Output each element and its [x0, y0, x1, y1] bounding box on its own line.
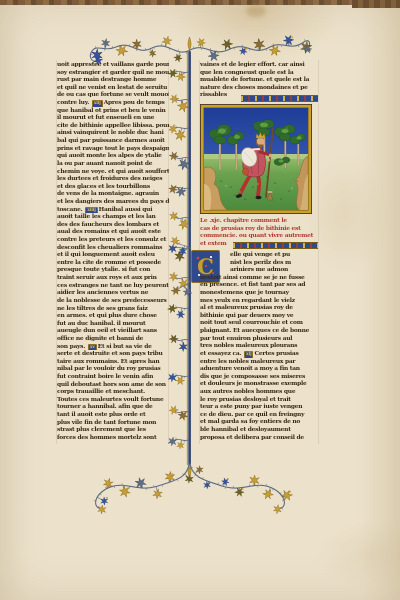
text-line: commencie. ou quant vivre autremet [200, 232, 319, 240]
text-line: al et maleureux prusias roy de [200, 304, 319, 312]
text-line: nestoit ainsi comme se je ne fusse [200, 274, 319, 282]
line-filler [233, 242, 318, 249]
text-line: et essayez ca. xijCertes prusias [200, 350, 319, 358]
text-line: office ne dignite et banni de [57, 335, 169, 343]
text-line: toscane. xiiijHanibal aussi qui [57, 206, 169, 214]
text-line: quil deboutast hors son ame de son [57, 381, 169, 389]
text-line: des des faucheurs des lombars et [57, 221, 169, 229]
text-line: ne les tiltres de ses grans faiz [57, 305, 169, 313]
text-line: tant il auoit este plus orde et [57, 411, 169, 419]
text-line: et les dangiers des marees du pays de [57, 198, 169, 206]
text-line: Le .xje. chapitre comment le [200, 217, 319, 225]
text-line: que len congneust quele est la [200, 69, 319, 77]
text-line: corps trauaillie et meschant. [57, 388, 169, 396]
text-line: ainsi vainquirent le noble duc hani [57, 129, 169, 137]
text-line: taire aux rommains. Et apres han [57, 358, 169, 366]
champ-initial: xiij [92, 100, 103, 107]
text-line: il mourut et fut enseueli en une [57, 114, 169, 122]
text-line: plaignant. Et auecques ce de bonne [200, 327, 319, 335]
text-line: cite de bithinie appellee libissa. pour [57, 122, 169, 130]
left-text-column: uoit apprestee et vaillans garde poursoy… [57, 61, 169, 441]
champ-initial: xiiij [85, 207, 97, 214]
text-line: son pays. xvEt si but sa vie de [57, 343, 169, 351]
text-line: uoit apprestee et vaillans garde pour [57, 61, 169, 69]
text-line: aidier les anciennes vertus ne [57, 289, 169, 297]
text-line: ble hannibal et desloyaument [200, 426, 319, 434]
text-line: fut au duc hanibal. il mourut [57, 320, 169, 328]
text-line: ce de dieu. par ce quil en freingny [200, 411, 319, 419]
text-line: proposa et delibera par conseil de [200, 434, 319, 442]
text-line: presque toute ytalie. si fut con [57, 266, 169, 274]
miniature-painting [200, 104, 312, 214]
text-line: entre les nobles maleureux par [200, 358, 319, 366]
manuscript-page: uoit apprestee et vaillans garde poursoy… [0, 0, 400, 600]
right-column-intro: vaines et de legier effort. car ainsique… [200, 61, 319, 99]
text-line: la ou par auant nauoit point de [57, 160, 169, 168]
text-line: par tout enuiron plusieurs aul [200, 335, 319, 343]
text-line: noit tout seul courrouchie et com [200, 319, 319, 327]
text-line: strast plus clerement que les [57, 426, 169, 434]
text-line: soy estrangier et garder quil ne mou [57, 69, 169, 77]
text-line: de la noblesse de ses predecesseurs [57, 297, 169, 305]
text-line: les durtees et froidures des neiges [57, 175, 169, 183]
text-line: bal qui par puissance darmes auoit [57, 137, 169, 145]
text-line: en presence. et fist tant par ses ad [200, 281, 319, 289]
text-line: ariniers me admon [200, 266, 319, 274]
text-line: bithinie qui par deuers moy ve [200, 312, 319, 320]
text-line: et des glaces et les tourbillons [57, 183, 169, 191]
text-line: de vens de la montaigne. agrauin [57, 190, 169, 198]
text-line: dis que je composasse ses miseres [200, 373, 319, 381]
text-line: et douleurs je monstrasse exemple [200, 380, 319, 388]
text-line: forces des hommes mortelz sont [57, 434, 169, 442]
text-line: et quil ne venist en lestat de seruitu [57, 84, 169, 92]
text-line: tres nobles maleureux plourans [200, 342, 319, 350]
text-line: aueugle dun oeil et vieillart sans [57, 327, 169, 335]
text-line: cas de prusias roy de bithinie est [200, 225, 319, 233]
text-line: nature des choses mondaines et pe [200, 84, 319, 92]
text-line: et mal garda sa foy entiers de no [200, 418, 319, 426]
text-line: nist les perilz des m [200, 259, 319, 267]
line-filler [241, 95, 318, 102]
text-line: de ou cas que fortune se veult mouoir [57, 91, 169, 99]
text-line: que hanibal ot prins et beu le venin [57, 107, 169, 115]
text-line: Toutes ces maleurtes voult fortune [57, 396, 169, 404]
pouch [243, 168, 249, 175]
text-line: vaines et de legier effort. car ainsi [200, 61, 319, 69]
text-line: mes yeulx en regardant le vielz [200, 297, 319, 305]
text-line: rust par main destrange homme [57, 76, 169, 84]
text-line: le roy prusias desloyal et trait [200, 396, 319, 404]
text-line: en armes. et qui plus dure chose [57, 312, 169, 320]
text-line: traint seruir aux roys et aux prin [57, 274, 169, 282]
champ-initial: xij [244, 351, 253, 358]
text-line: elle qui venge et pu [200, 251, 319, 259]
text-line: teur a este puny par iuste vengen [200, 403, 319, 411]
text-line: auoit taille les champs et les lan [57, 213, 169, 221]
text-line: fut contraint boire le venin afin [57, 373, 169, 381]
text-line: qui auoit monte les alpes de ytalie [57, 152, 169, 160]
text-line: aduenture venoit a moy a fin tan [200, 365, 319, 373]
text-line: aual des romains et qui auoit este [57, 228, 169, 236]
champ-initial: xv [88, 344, 97, 351]
text-line: et il qui longuement auoit esleu [57, 251, 169, 259]
text-line: monestemens que je tournay [200, 289, 319, 297]
text-line: muablete de fortune. et quele est la [200, 76, 319, 84]
text-line: tourner a hannibal. afin que de [57, 403, 169, 411]
text-line: entre la cite de romme et possede [57, 259, 169, 267]
text-line: nibal par le vouloir du roy prusias [57, 365, 169, 373]
text-line: chemin ne voye. et qui auoit souffert [57, 168, 169, 176]
text-line: aux autres nobles hommes que [200, 388, 319, 396]
text-line: contre luy. xiijApres pou de temps [57, 99, 169, 107]
text-line: serte et destruite et son pays tribu [57, 350, 169, 358]
text-line: contre les preteurs et les consulz et [57, 236, 169, 244]
text-line: ces estranges ne tant ne luy peurent [57, 282, 169, 290]
text-line: plus vile fin de tant fortune mon [57, 419, 169, 427]
text-line: desconfit les cheualiers rommains [57, 244, 169, 252]
text-line: prins et ravage tout le pays despaigne [57, 145, 169, 153]
right-text-column: elle qui venge et punist les perilz des … [200, 251, 319, 441]
